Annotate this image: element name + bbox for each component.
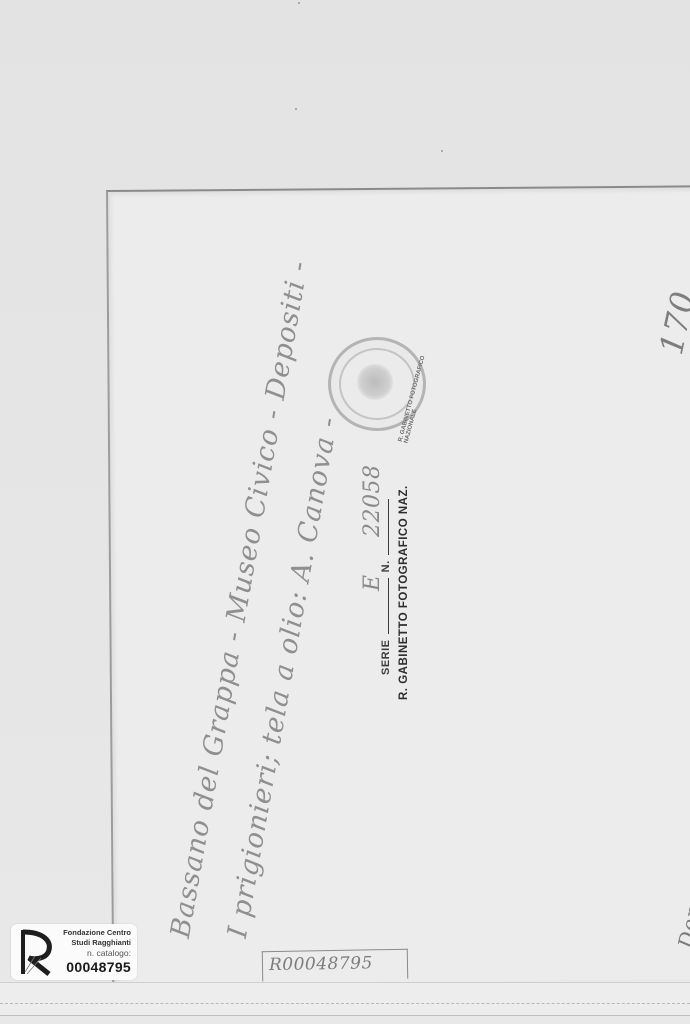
n-value: 22058 bbox=[360, 465, 385, 538]
org-name-line2: Studi Ragghianti bbox=[71, 938, 131, 947]
serie-label: SERIE bbox=[380, 639, 392, 675]
serie-stamp-line: SERIE N. E 22058 bbox=[380, 497, 392, 675]
org-name-line1: Fondazione Centro bbox=[63, 928, 131, 937]
catalog-number-label: n. catalogo: bbox=[87, 948, 131, 958]
seal-emblem-icon bbox=[357, 364, 393, 400]
boxed-inventory-number: R00048795 bbox=[262, 949, 409, 982]
dust-speck bbox=[441, 150, 443, 152]
dust-speck bbox=[295, 108, 297, 110]
issuer-stamp: R. GABINETTO FOTOGRAFICO NAZ. bbox=[398, 485, 410, 700]
serie-value: E bbox=[360, 574, 385, 591]
catalog-number: 00048795 bbox=[66, 959, 131, 975]
catalog-label: Fondazione Centro Studi Ragghianti n. ca… bbox=[11, 924, 137, 980]
sleeve-strip bbox=[0, 982, 690, 1016]
n-underline bbox=[388, 499, 389, 555]
ragghianti-r-logo-icon bbox=[19, 928, 55, 976]
n-label: N. bbox=[380, 560, 392, 572]
serie-underline bbox=[388, 578, 389, 634]
dust-speck bbox=[298, 2, 300, 4]
perforation-line bbox=[0, 1003, 690, 1004]
embossed-seal-stamp: R. GABINETTO FOTOGRAFICO NAZIONALE bbox=[328, 337, 426, 431]
